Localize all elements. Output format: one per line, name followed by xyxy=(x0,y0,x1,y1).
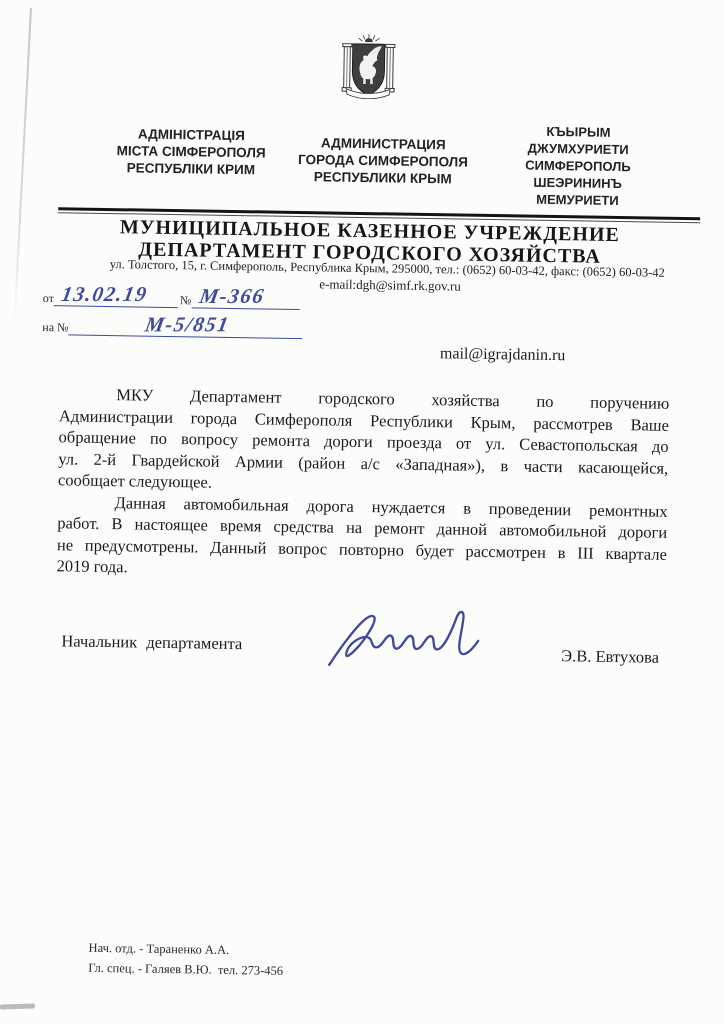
recipient-email: mail@igrajdanin.ru xyxy=(440,345,566,365)
signer-name: Э.В. Евтухова xyxy=(561,646,659,668)
org-name-russian: АДМИНИСТРАЦИЯ ГОРОДА СИМФЕРОПОЛЯ РЕСПУБЛ… xyxy=(291,134,476,188)
org-name-line: РЕСПУБЛІКИ КРИМ xyxy=(101,159,281,179)
org-name-line: МЕМУРИЕТИ xyxy=(488,190,666,210)
executors-block: Нач. отд. - Тараненко А.А. Гл. спец. - Г… xyxy=(88,938,283,981)
handwritten-signature xyxy=(315,601,508,676)
outgoing-reference-row: от13.02.19№М-366 xyxy=(43,283,300,310)
org-name-line: РЕСПУБЛИКИ КРЫМ xyxy=(291,168,475,188)
letter-page: АДМІНІСТРАЦІЯ МІСТА СІМФЕРОПОЛЯ РЕСПУБЛІ… xyxy=(0,0,724,1024)
org-name-ukrainian: АДМІНІСТРАЦІЯ МІСТА СІМФЕРОПОЛЯ РЕСПУБЛІ… xyxy=(101,125,282,179)
handwritten-incoming-number: М-5/851 xyxy=(144,314,232,334)
letter-body: МКУ Департамент городского хозяйства по … xyxy=(56,383,669,586)
executor-line: Гл. спец. - Галяев В.Ю. тел. 273-456 xyxy=(88,958,283,981)
org-name-crimean-tatar: КЪЫРЫМ ДЖУМХУРИЕТИ СИМФЕРОПОЛЬ ШЕЭРИНИНЪ… xyxy=(488,122,667,210)
scanned-letter: АДМІНІСТРАЦІЯ МІСТА СІМФЕРОПОЛЯ РЕСПУБЛІ… xyxy=(0,0,724,1024)
handwritten-date: 13.02.19 xyxy=(60,284,149,304)
number-label: № xyxy=(180,293,192,307)
incoming-reference-row: на №М-5/851 xyxy=(42,312,303,339)
from-label: от xyxy=(43,291,54,305)
reply-ref-label: на № xyxy=(42,320,68,334)
handwritten-outgoing-number: М-366 xyxy=(198,286,266,306)
crimea-coat-of-arms-icon xyxy=(340,33,397,100)
signer-position: Начальник департамента xyxy=(61,631,242,654)
